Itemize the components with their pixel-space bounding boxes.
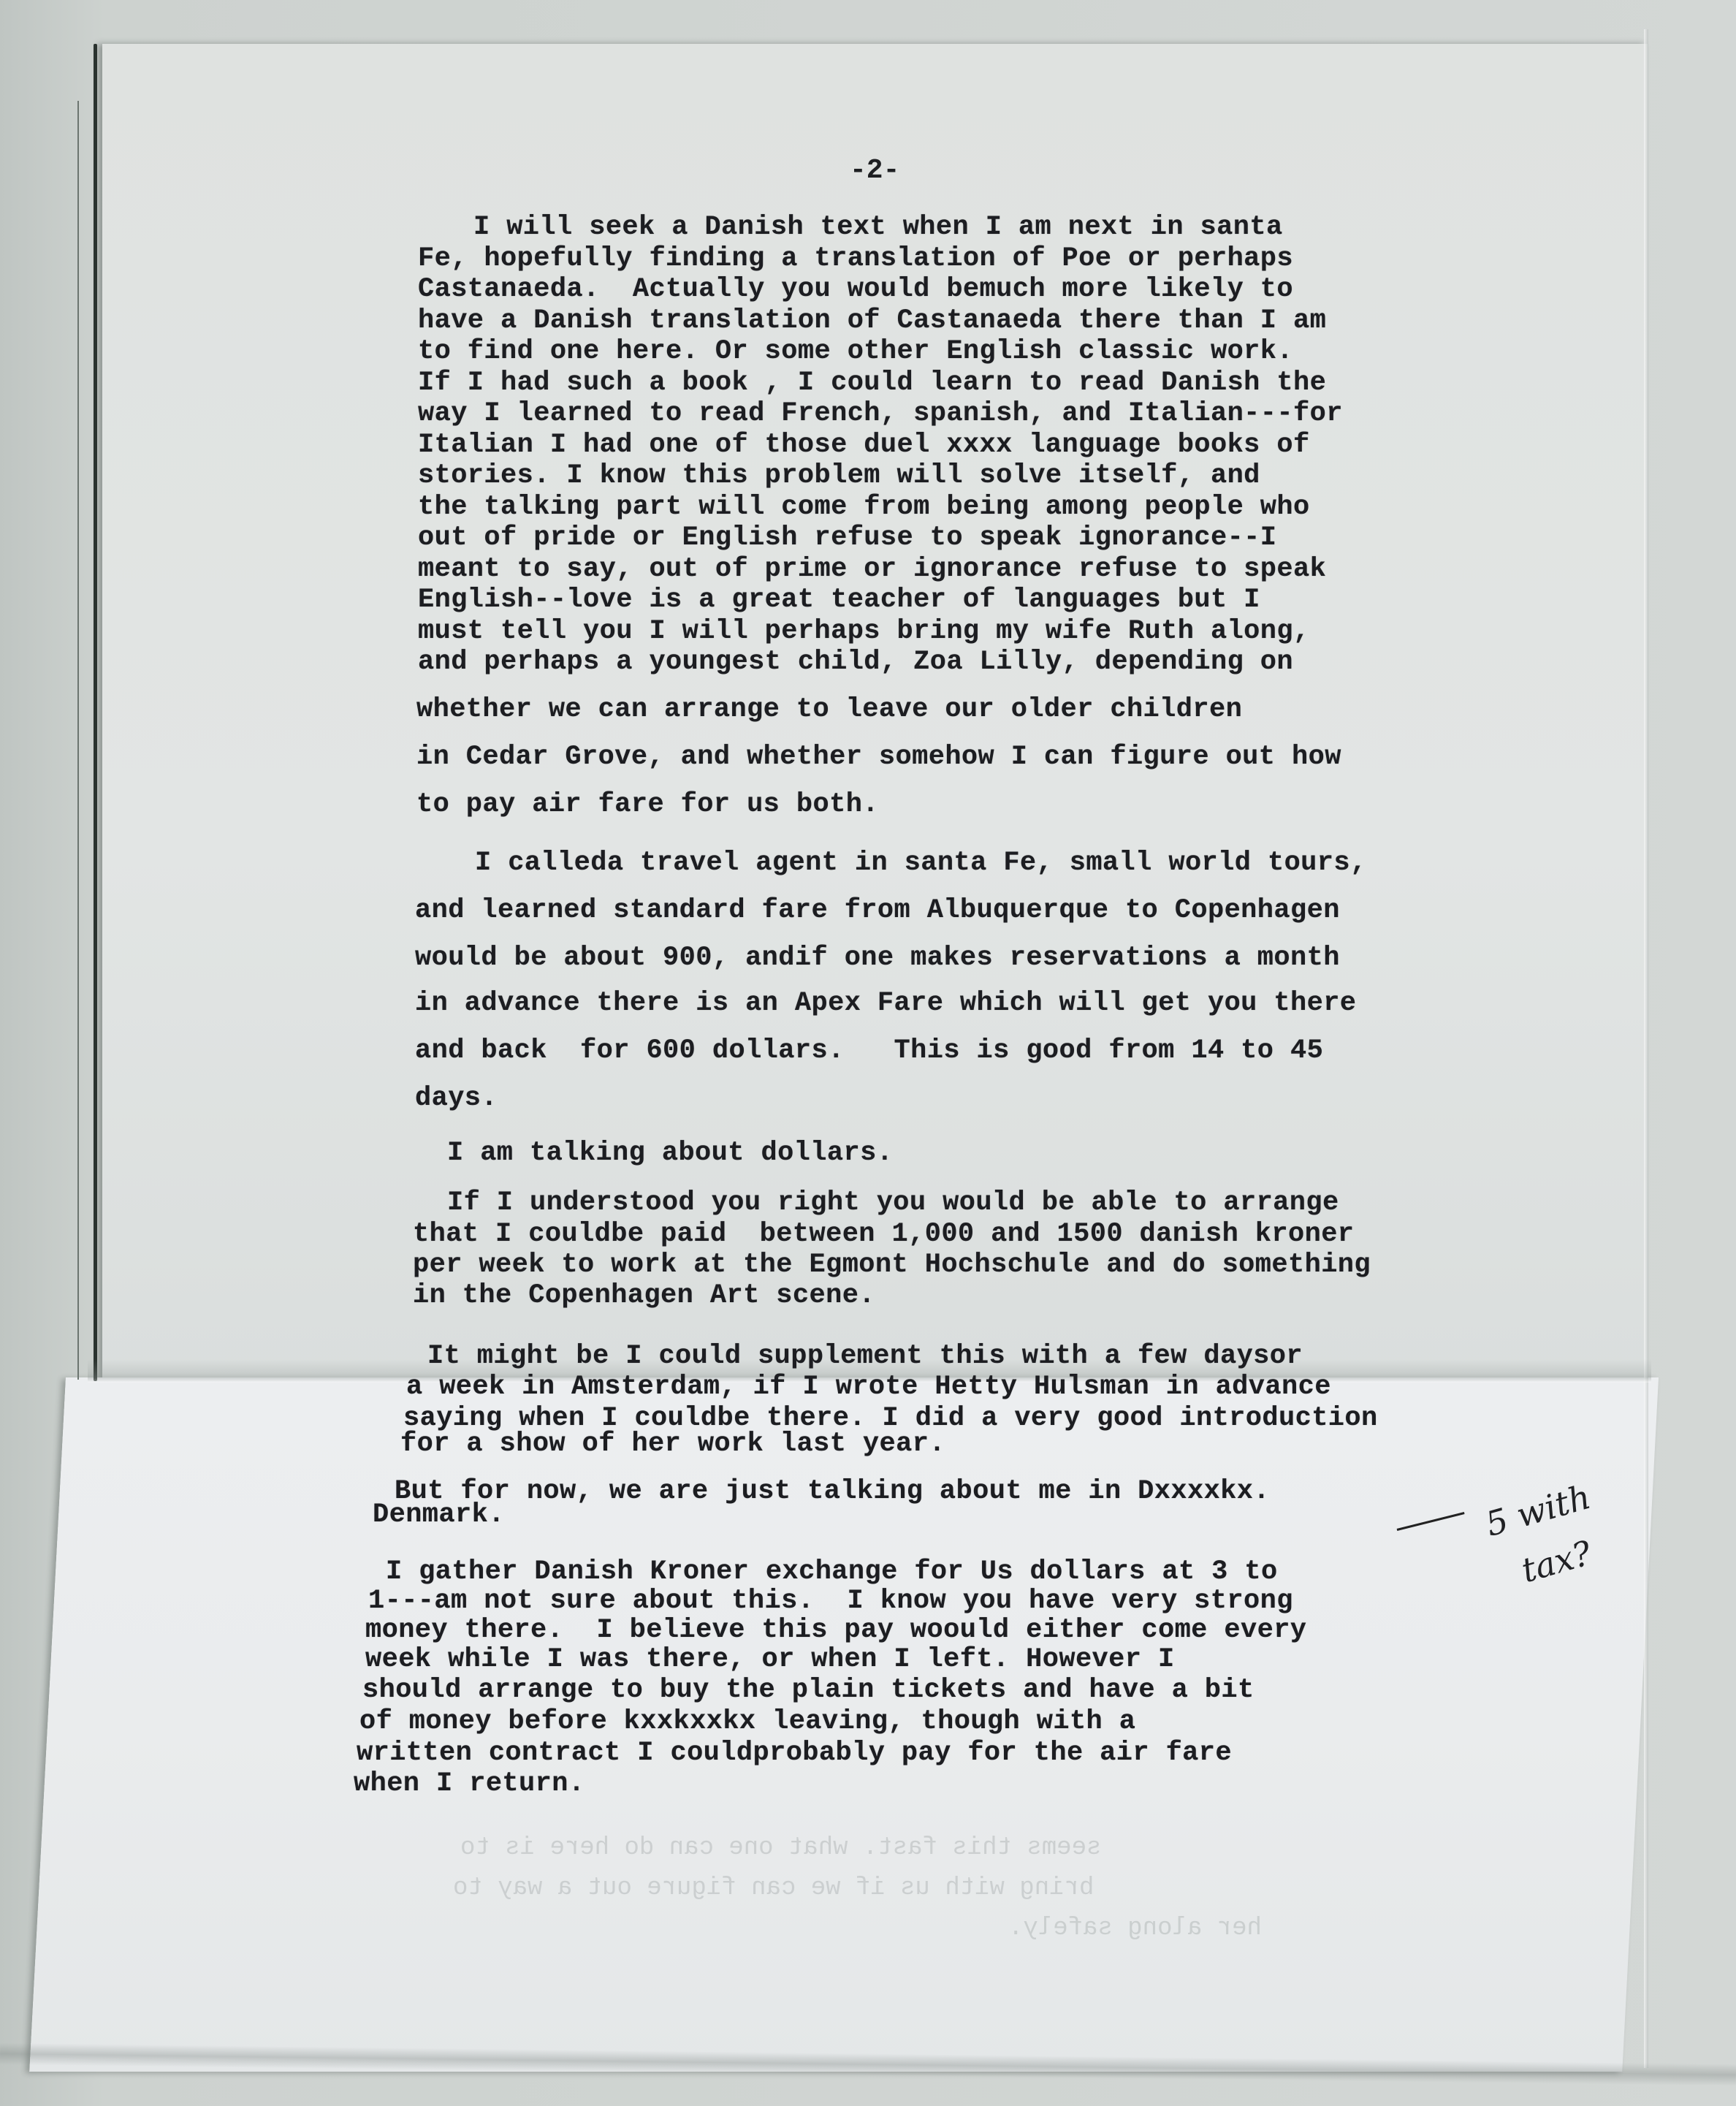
typed-line: I am talking about dollars. (447, 1138, 893, 1168)
typed-line: in Cedar Grove, and whether somehow I ca… (416, 742, 1341, 772)
typed-line: whether we can arrange to leave our olde… (416, 694, 1242, 725)
bleed-through-line: bring with us if we can figure out a way… (453, 1874, 1094, 1902)
typed-line: Italian I had one of those duel xxxx lan… (418, 430, 1310, 460)
typed-line: Denmark. (373, 1499, 505, 1530)
paper-edge-thin (77, 101, 79, 1380)
typed-line: in the Copenhagen Art scene. (413, 1280, 875, 1311)
typed-line: days. (415, 1083, 498, 1114)
typed-line: If I had such a book , I could learn to … (418, 368, 1326, 398)
typed-line: a week in Amsterdam, if I wrote Hetty Hu… (406, 1372, 1331, 1402)
typed-line: out of pride or English refuse to speak … (418, 522, 1276, 553)
typed-line: should arrange to buy the plain tickets … (362, 1675, 1255, 1706)
typed-line: of money before kxxkxxkx leaving, though… (359, 1706, 1135, 1737)
typed-line: and learned standard fare from Albuquerq… (415, 895, 1340, 926)
typed-line: It might be I could supplement this with… (427, 1341, 1303, 1372)
typed-line: in advance there is an Apex Fare which w… (415, 988, 1356, 1019)
typed-line: I calleda travel agent in santa Fe, smal… (475, 848, 1367, 878)
page-number: -2- (850, 155, 899, 186)
typed-line: 1---am not sure about this. I know you h… (368, 1586, 1293, 1616)
typed-line: have a Danish translation of Castanaeda … (418, 305, 1326, 336)
typed-line: and back for 600 dollars. This is good f… (415, 1035, 1323, 1066)
typed-line: But for now, we are just talking about m… (395, 1476, 1270, 1507)
typed-line: English--love is a great teacher of lang… (418, 585, 1260, 615)
typed-line: per week to work at the Egmont Hochschul… (413, 1250, 1371, 1280)
typed-line: money there. I believe this pay woould e… (365, 1615, 1306, 1646)
typed-line: written contract I couldprobably pay for… (357, 1738, 1232, 1768)
typed-line: the talking part will come from being am… (418, 492, 1310, 522)
bleed-through-line: seems this fast. what one can do here is… (460, 1834, 1101, 1862)
typed-line: when I return. (354, 1768, 585, 1799)
typed-line: to pay air fare for us both. (416, 789, 879, 820)
typed-line: would be about 900, andif one makes rese… (415, 943, 1340, 973)
typed-line: I will seek a Danish text when I am next… (473, 212, 1283, 243)
right-crease (1644, 29, 1648, 2068)
typed-line: must tell you I will perhaps bring my wi… (418, 616, 1310, 647)
typed-line: Fe, hopefully finding a translation of P… (418, 243, 1293, 274)
typed-line: to find one here. Or some other English … (418, 336, 1293, 367)
typed-line: and perhaps a youngest child, Zoa Lilly,… (418, 647, 1293, 677)
bleed-through-line: her along safely. (1008, 1915, 1262, 1942)
typed-line: meant to say, out of prime or ignorance … (418, 554, 1326, 585)
typed-line: stories. I know this problem will solve … (418, 460, 1260, 491)
typed-line: Castanaeda. Actually you would bemuch mo… (418, 274, 1293, 305)
typed-line: I gather Danish Kroner exchange for Us d… (386, 1556, 1278, 1587)
typed-line: that I couldbe paid between 1,000 and 15… (413, 1219, 1354, 1250)
typed-line: week while I was there, or when I left. … (365, 1644, 1175, 1675)
typed-line: If I understood you right you would be a… (447, 1187, 1339, 1218)
typed-line: for a show of her work last year. (400, 1429, 945, 1459)
paper-edge-shadow (94, 44, 97, 1381)
typed-line: way I learned to read French, spanish, a… (418, 398, 1343, 429)
